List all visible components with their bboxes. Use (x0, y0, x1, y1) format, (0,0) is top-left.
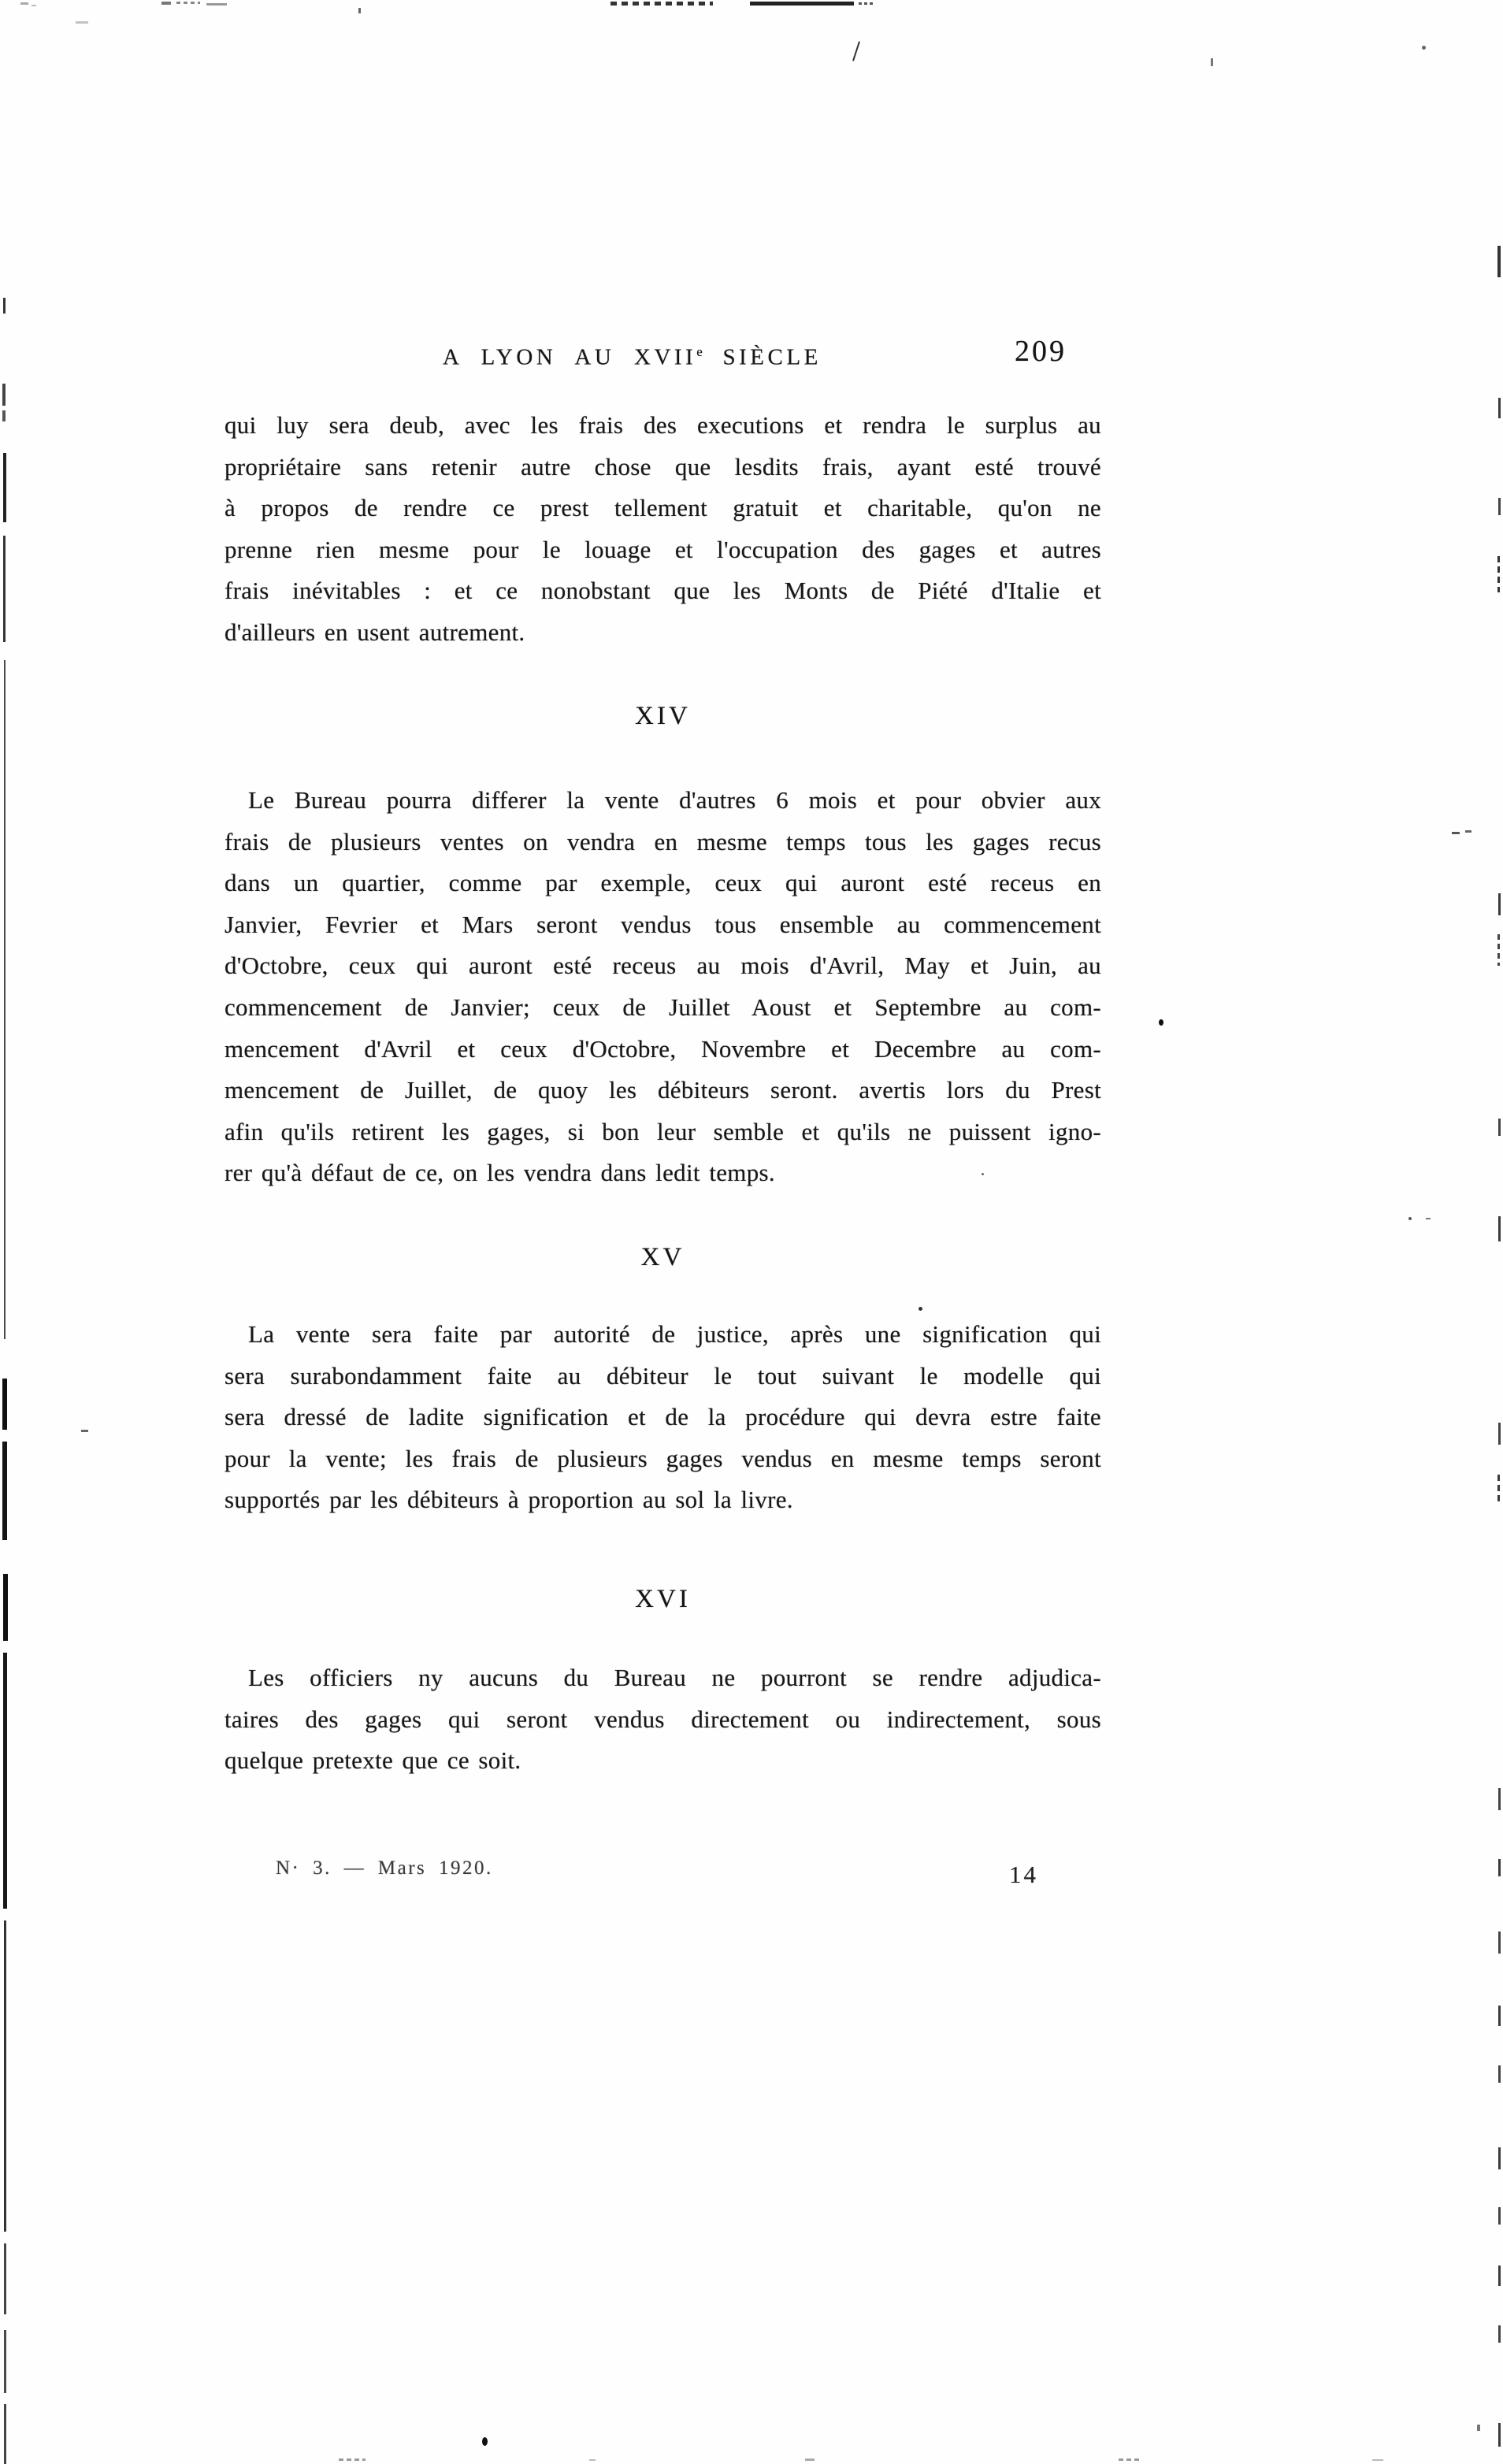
header-title-text: A LYON AU XVII (443, 345, 696, 370)
gutter-line-segment (4, 2243, 6, 2314)
edge-tick (1498, 2325, 1501, 2343)
text-line: frais de plusieurs ventes on vendra en m… (225, 822, 1101, 863)
article-xvi-paragraph: Les officiers ny aucuns du Bureau ne pou… (225, 1657, 1101, 1782)
ink-speck (1477, 2425, 1480, 2431)
edge-tick (1497, 246, 1501, 277)
ink-speck (1422, 46, 1426, 50)
scan-artifact (176, 2, 200, 4)
edge-tick (1498, 1931, 1501, 1954)
edge-tick (1498, 2423, 1501, 2447)
gutter-line-segment (3, 298, 6, 314)
edge-tick (1498, 1216, 1501, 1241)
scan-artifact (750, 2, 854, 6)
edge-tick (1498, 398, 1501, 418)
running-header: A LYON AU XVIIe SIÈCLE (443, 344, 822, 371)
scan-streak (852, 41, 860, 61)
edge-tick (1498, 498, 1501, 515)
scan-artifact (20, 2, 28, 5)
edge-tick (1498, 2207, 1501, 2225)
text-line: mencement d'Avril et ceux d'Octobre, Nov… (225, 1029, 1101, 1071)
gutter-line-segment (2, 410, 6, 421)
text-line: prenne rien mesme pour le louage et l'oc… (225, 529, 1101, 571)
text-line: qui luy sera deub, avec les frais des ex… (225, 405, 1101, 447)
article-xvi-heading: XVI (225, 1585, 1101, 1614)
edge-tick (1497, 1475, 1500, 1503)
gutter-line-segment (4, 1920, 6, 2232)
edge-tick (1498, 893, 1501, 915)
ink-speck (1465, 830, 1471, 833)
scan-artifact (339, 2458, 366, 2461)
article-xiv-heading: XIV (225, 702, 1101, 731)
scan-artifact (859, 2, 873, 5)
header-title-text-end: SIÈCLE (723, 345, 822, 370)
edge-tick (1498, 2147, 1501, 2169)
edge-tick (1497, 934, 1500, 966)
text-line: afin qu'ils retirent les gages, si bon l… (225, 1111, 1101, 1153)
scanned-page: A LYON AU XVIIe SIÈCLE 209 qui luy sera … (0, 0, 1503, 2464)
edge-tick (1498, 1119, 1501, 1136)
scan-artifact (32, 5, 36, 6)
text-line: La vente sera faite par autorité de just… (225, 1314, 1101, 1356)
ink-speck (982, 1173, 984, 1175)
gutter-line-segment (3, 536, 6, 642)
edge-tick (1498, 2065, 1501, 2083)
edge-tick (1498, 2265, 1501, 2286)
scan-artifact (1211, 58, 1213, 66)
text-line: sera surabondamment faite au débiteur le… (225, 1356, 1101, 1397)
text-line: quelque pretexte que ce soit. (225, 1740, 1101, 1782)
scan-artifact (805, 2458, 815, 2461)
scan-artifact (1372, 2459, 1383, 2461)
gutter-line-segment (4, 2330, 6, 2393)
text-line: d'Octobre, ceux qui auront esté receus a… (225, 945, 1101, 987)
header-title-superscript: e (696, 344, 703, 359)
scan-artifact (589, 2459, 596, 2461)
ink-dot (1159, 1019, 1163, 1026)
gutter-line-segment (3, 1653, 7, 1909)
gutter-line-segment (2, 1379, 7, 1430)
ink-speck (1408, 1217, 1412, 1220)
signature-number: 14 (1009, 1861, 1038, 1889)
article-xiv-paragraph: Le Bureau pourra differer la vente d'aut… (225, 780, 1101, 1194)
gutter-line-segment (2, 1442, 7, 1540)
scan-artifact (206, 3, 227, 6)
text-line: frais inévitables : et ce nonobstant que… (225, 570, 1101, 612)
ink-speck (1426, 1218, 1431, 1219)
edge-tick (1498, 1788, 1501, 1810)
edge-tick (1497, 556, 1500, 592)
gutter-line-segment (3, 453, 6, 522)
gutter-line-segment (4, 660, 6, 1339)
page-number: 209 (1015, 334, 1067, 369)
edge-tick (1498, 2006, 1501, 2026)
gutter-line-segment (4, 2404, 6, 2464)
edge-tick (1498, 1423, 1501, 1445)
text-line: supportés par les débiteurs à proportion… (225, 1479, 1101, 1521)
ink-speck (918, 1307, 922, 1311)
paragraph-continuation: qui luy sera deub, avec les frais des ex… (225, 405, 1101, 654)
ink-dot (482, 2437, 488, 2446)
edge-tick (1498, 1859, 1501, 1876)
gutter-line-segment (3, 1574, 8, 1641)
text-line: à propos de rendre ce prest tellement gr… (225, 488, 1101, 529)
article-xv-heading: XV (225, 1243, 1101, 1272)
ink-speck (81, 1430, 88, 1432)
scan-artifact (610, 2, 713, 6)
text-line: Le Bureau pourra differer la vente d'aut… (225, 780, 1101, 822)
text-line: propriétaire sans retenir autre chose qu… (225, 447, 1101, 488)
scan-artifact (76, 21, 88, 24)
scan-artifact (358, 8, 361, 13)
ink-speck (1452, 832, 1460, 834)
text-line: mencement de Juillet, de quoy les débite… (225, 1070, 1101, 1111)
text-line: d'ailleurs en usent autrement. (225, 612, 1101, 654)
issue-imprint: N· 3. — Mars 1920. (276, 1857, 493, 1880)
text-line: commencement de Janvier; ceux de Juillet… (225, 987, 1101, 1029)
text-line: dans un quartier, comme par exemple, ceu… (225, 863, 1101, 904)
text-line: taires des gages qui seront vendus direc… (225, 1699, 1101, 1741)
text-line: Janvier, Fevrier et Mars seront vendus t… (225, 904, 1101, 946)
scan-artifact (1119, 2458, 1139, 2461)
text-line: rer qu'à défaut de ce, on les vendra dan… (225, 1152, 1101, 1194)
gutter-line-segment (2, 384, 6, 406)
text-line: sera dressé de ladite signification et d… (225, 1397, 1101, 1438)
text-line: Les officiers ny aucuns du Bureau ne pou… (225, 1657, 1101, 1699)
text-line: pour la vente; les frais de plusieurs ga… (225, 1438, 1101, 1480)
scan-artifact (161, 2, 171, 5)
article-xv-paragraph: La vente sera faite par autorité de just… (225, 1314, 1101, 1521)
